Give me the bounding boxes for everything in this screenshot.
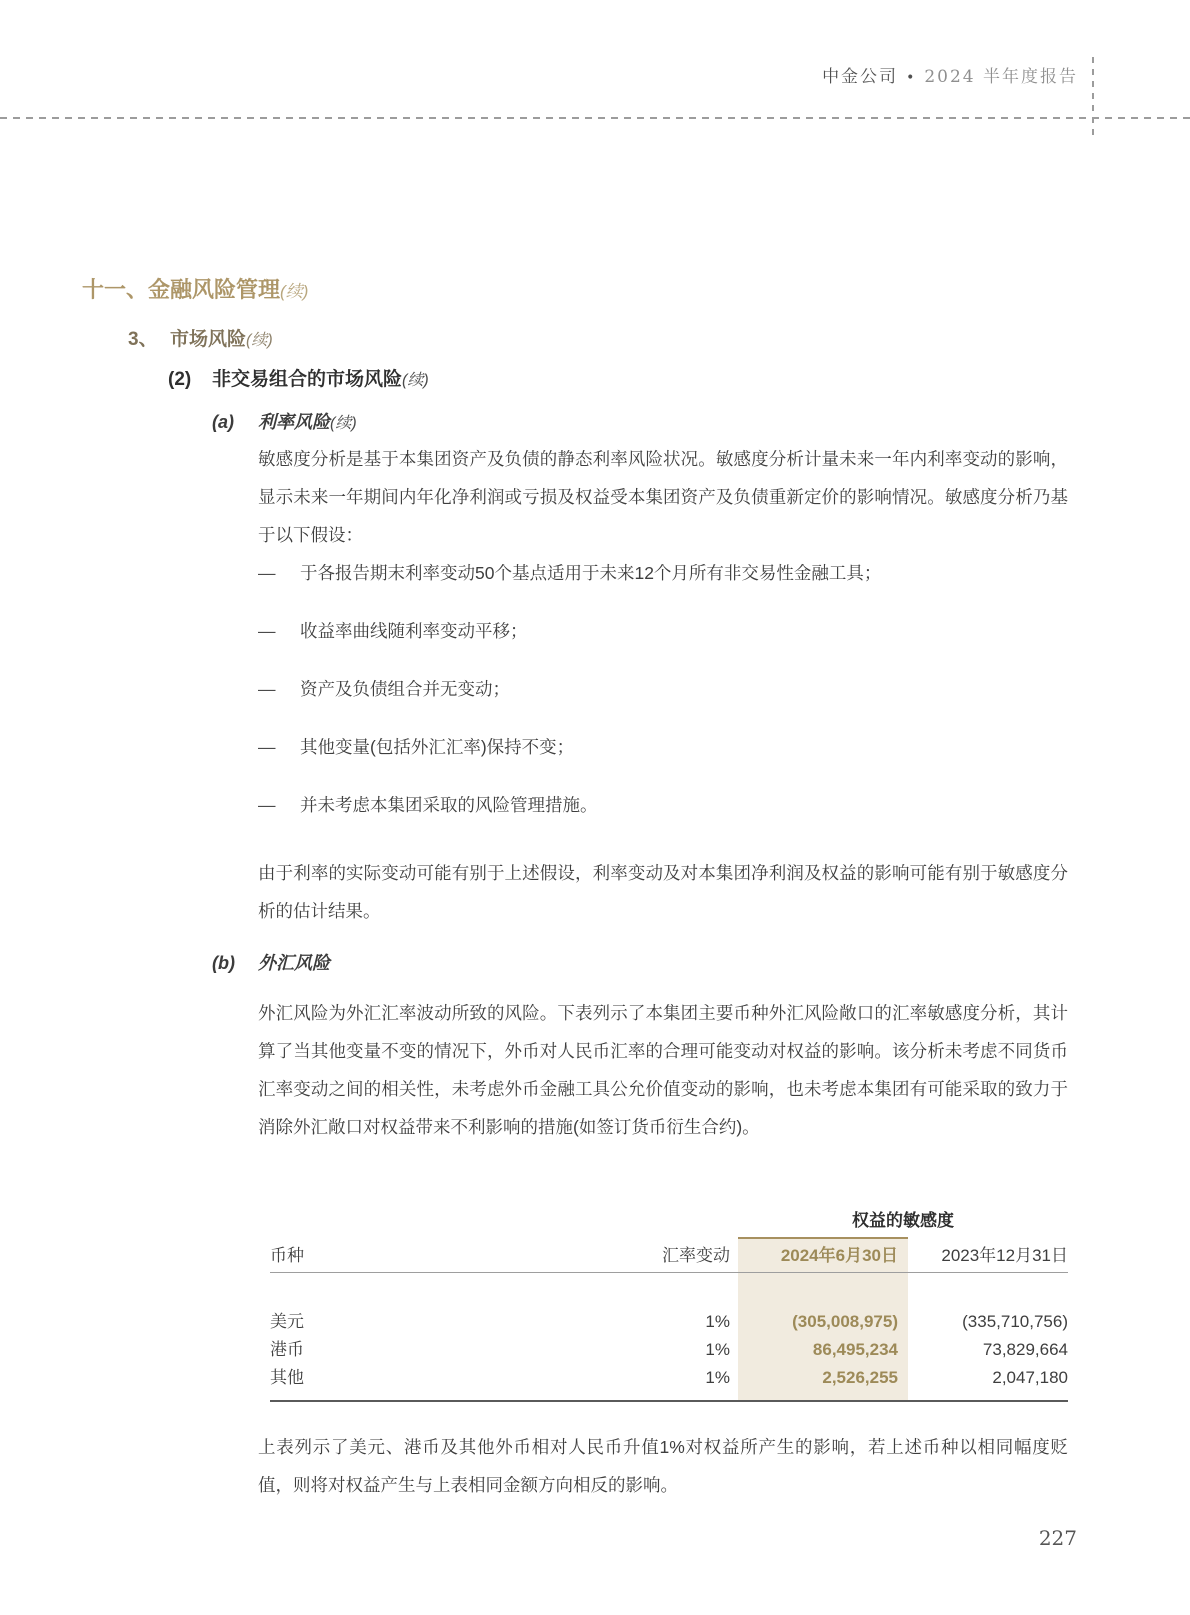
- table-header-row: 币种 汇率变动 2024年6月30日 2023年12月31日: [270, 1240, 1068, 1273]
- subsection-heading-fx-risk: (b)外汇风险: [212, 949, 330, 977]
- cell-currency: 港币: [270, 1336, 470, 1364]
- report-page: 中金公司•2024 半年度报告 十一、金融风险管理(续) 3、市场风险(续) (…: [0, 0, 1190, 1615]
- heading-continued-marker: (续): [280, 282, 308, 301]
- cell-value-2024: 2,526,255: [738, 1364, 908, 1392]
- list-item: — 其他变量(包括外汇汇率)保持不变；: [258, 728, 1070, 766]
- header-separator-dot: •: [906, 70, 916, 86]
- list-item-text: 资产及负债组合并无变动；: [300, 670, 510, 708]
- section-heading-financial-risk-management: 十一、金融风险管理(续): [82, 275, 308, 305]
- heading-text: 金融风险管理: [148, 277, 280, 302]
- table-row: 美元 1% (305,008,975) (335,710,756): [270, 1308, 1068, 1336]
- heading-text: 非交易组合的市场风险: [212, 369, 402, 390]
- report-title: 2024 半年度报告: [924, 67, 1078, 87]
- column-header-currency: 币种: [270, 1240, 470, 1272]
- heading-number: (a): [212, 408, 258, 436]
- list-item: — 并未考虑本集团采取的风险管理措施。: [258, 786, 1070, 824]
- cell-currency: 其他: [270, 1364, 470, 1392]
- column-header-rate-change: 汇率变动: [470, 1240, 738, 1272]
- cell-currency: 美元: [270, 1308, 470, 1336]
- list-item-text: 并未考虑本集团采取的风险管理措施。: [300, 786, 598, 824]
- paragraph-fx-note: 上表列示了美元、港币及其他外币相对人民币升值1%对权益所产生的影响，若上述币种以…: [258, 1428, 1068, 1504]
- table-body: 美元 1% (305,008,975) (335,710,756) 港币 1% …: [270, 1308, 1068, 1392]
- cell-rate-change: 1%: [470, 1308, 738, 1336]
- subsection-heading-interest-rate-risk: (a)利率风险(续): [212, 408, 357, 436]
- heading-number: 十一、: [82, 277, 148, 302]
- heading-number: 3、: [128, 326, 170, 354]
- heading-continued-marker: (续): [246, 332, 273, 349]
- header-dashed-rule-vertical: [1092, 57, 1094, 139]
- company-name: 中金公司: [822, 67, 898, 87]
- header-dashed-rule-horizontal: [0, 117, 1190, 119]
- paragraph-interest-rate-note: 由于利率的实际变动可能有别于上述假设，利率变动及对本集团净利润及权益的影响可能有…: [258, 854, 1068, 930]
- bullet-dash: —: [258, 612, 300, 650]
- cell-value-2023: 2,047,180: [908, 1364, 1068, 1392]
- cell-value-2023: 73,829,664: [908, 1336, 1068, 1364]
- running-header: 中金公司•2024 半年度报告: [822, 62, 1078, 87]
- bullet-dash: —: [258, 670, 300, 708]
- paragraph-sensitivity-analysis-intro: 敏感度分析是基于本集团资产及负债的静态利率风险状况。敏感度分析计量未来一年内利率…: [258, 440, 1068, 554]
- list-item: — 于各报告期末利率变动50个基点适用于未来12个月所有非交易性金融工具；: [258, 554, 1070, 592]
- heading-number: (2): [168, 366, 212, 394]
- heading-text: 市场风险: [170, 329, 246, 350]
- column-header-2024-06-30: 2024年6月30日: [738, 1240, 908, 1272]
- cell-value-2023: (335,710,756): [908, 1308, 1068, 1336]
- cell-rate-change: 1%: [470, 1336, 738, 1364]
- cell-value-2024: 86,495,234: [738, 1336, 908, 1364]
- subsection-heading-market-risk: 3、市场风险(续): [128, 326, 273, 354]
- subsection-heading-non-trading-market-risk: (2)非交易组合的市场风险(续): [168, 366, 429, 394]
- cell-value-2024: (305,008,975): [738, 1308, 908, 1336]
- bullet-dash: —: [258, 786, 300, 824]
- table-super-header-equity-sensitivity: 权益的敏感度: [738, 1206, 1068, 1236]
- table-bottom-border: [270, 1400, 1068, 1402]
- bullet-dash: —: [258, 728, 300, 766]
- bullet-dash: —: [258, 554, 300, 592]
- table-row: 其他 1% 2,526,255 2,047,180: [270, 1364, 1068, 1392]
- heading-continued-marker: (续): [330, 415, 357, 432]
- table-row: 港币 1% 86,495,234 73,829,664: [270, 1336, 1068, 1364]
- list-item: — 收益率曲线随利率变动平移；: [258, 612, 1070, 650]
- heading-text: 利率风险: [258, 412, 330, 432]
- list-item: — 资产及负债组合并无变动；: [258, 670, 1070, 708]
- column-header-2023-12-31: 2023年12月31日: [908, 1240, 1068, 1272]
- list-item-text: 于各报告期末利率变动50个基点适用于未来12个月所有非交易性金融工具；: [300, 554, 881, 592]
- list-item-text: 收益率曲线随利率变动平移；: [300, 612, 528, 650]
- page-number: 227: [1039, 1526, 1077, 1550]
- heading-continued-marker: (续): [402, 372, 429, 389]
- cell-rate-change: 1%: [470, 1364, 738, 1392]
- heading-text: 外汇风险: [258, 953, 330, 973]
- paragraph-fx-risk-intro: 外汇风险为外汇汇率波动所致的风险。下表列示了本集团主要币种外汇风险敞口的汇率敏感…: [258, 994, 1068, 1146]
- assumption-list: — 于各报告期末利率变动50个基点适用于未来12个月所有非交易性金融工具； — …: [258, 554, 1070, 844]
- list-item-text: 其他变量(包括外汇汇率)保持不变；: [300, 728, 574, 766]
- heading-number: (b): [212, 949, 258, 977]
